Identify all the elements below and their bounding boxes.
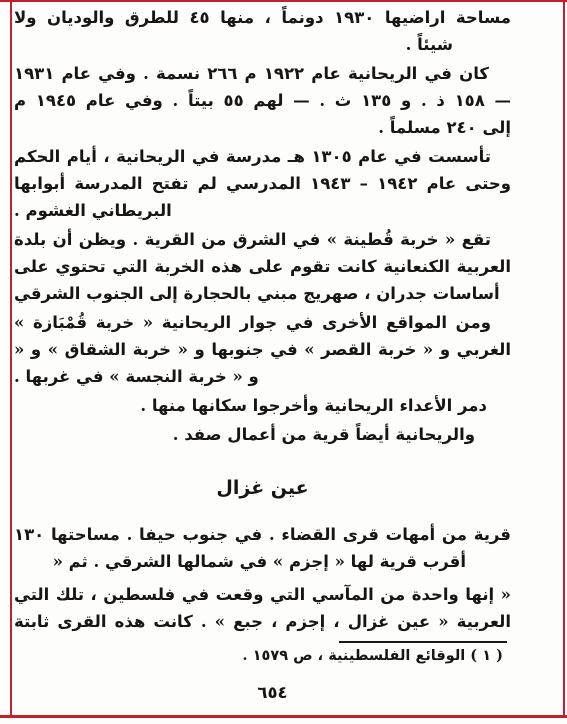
paragraph: والريحانية أيضاً قرية من أعمال صفد .: [14, 421, 511, 448]
text-line: أقرب قرية لها « إجزم » في شمالها الشرقي …: [14, 548, 511, 575]
text-line: تأسست في عام ١٣٠٥ هـ مدرسة في الريحانية …: [14, 143, 511, 170]
text-line: دمر الأعداء الريحانية وأخرجوا سكانها منه…: [14, 392, 511, 419]
text-line: العربية « عين غزال ، إجزم ، جبع » . كانت…: [14, 608, 511, 635]
page-border-left: [10, 0, 12, 717]
text-line: وحتى عام ١٩٤٢ – ١٩٤٣ المدرسي لم تفتح الم…: [14, 170, 511, 197]
text-line: الغربي و « خربة القصر » في جنوبها و « خر…: [14, 336, 511, 363]
text-line: العربية الكنعانية كانت تقوم على هذه الخر…: [14, 253, 511, 280]
footnote-separator-rule: [339, 641, 507, 643]
text-line: تقع « خربة قُطينة » في الشرق من القرية .…: [14, 226, 511, 253]
page-border-bottom: [0, 715, 567, 718]
text-line: قرية من أمهات قرى القضاء . في جنوب حيفا …: [14, 521, 511, 548]
text-column: مساحة اراضيها ١٩٣٠ دونماً ، منها ٤٥ للطر…: [14, 4, 511, 637]
paragraph: مساحة اراضيها ١٩٣٠ دونماً ، منها ٤٥ للطر…: [14, 4, 511, 58]
page-number-value: ٦٥٤: [257, 683, 287, 702]
text-line: إلى ٢٤٠ مسلماً .: [14, 114, 511, 141]
footnote-block: ( ١ ) الوقائع الفلسطينية ، ص ١٥٧٩ .: [14, 641, 511, 666]
footnote-text: ( ١ ) الوقائع الفلسطينية ، ص ١٥٧٩ .: [14, 646, 511, 666]
paragraph: تقع « خربة قُطينة » في الشرق من القرية .…: [14, 226, 511, 307]
text-line: ومن المواقع الأخرى في جوار الريحانية « خ…: [14, 309, 511, 336]
text-line: أساسات جدران ، صهريج مبني بالحجارة إلى ا…: [14, 280, 511, 307]
text-line: شيئاً .: [14, 31, 511, 58]
paragraph: كان في الريحانية عام ١٩٢٢ م ٢٦٦ نسمة . و…: [14, 60, 511, 141]
paragraph: ومن المواقع الأخرى في جوار الريحانية « خ…: [14, 309, 511, 390]
scanned-book-page: مساحة اراضيها ١٩٣٠ دونماً ، منها ٤٥ للطر…: [0, 0, 567, 724]
text-line: « إنها واحدة من المآسي التي وقعت في فلسط…: [14, 581, 511, 608]
text-line: و « خربة النجسة » في غربها .: [14, 363, 511, 390]
text-line: مساحة اراضيها ١٩٣٠ دونماً ، منها ٤٥ للطر…: [14, 4, 511, 31]
text-line: والريحانية أيضاً قرية من أعمال صفد .: [14, 421, 511, 448]
section-heading: عين غزال: [14, 476, 511, 500]
page-number: ٦٥٤: [14, 683, 511, 702]
text-line: البريطاني الغشوم .: [14, 197, 511, 224]
text-line: — ١٥٨ ذ . و ١٣٥ ث . — لهم ٥٥ بيتاً . وفي…: [14, 87, 511, 114]
paragraph: قرية من أمهات قرى القضاء . في جنوب حيفا …: [14, 521, 511, 575]
page-border-right: [563, 0, 565, 717]
text-line: كان في الريحانية عام ١٩٢٢ م ٢٦٦ نسمة . و…: [14, 60, 511, 87]
page-border-top: [0, 0, 567, 2]
paragraph: دمر الأعداء الريحانية وأخرجوا سكانها منه…: [14, 392, 511, 419]
paragraph: تأسست في عام ١٣٠٥ هـ مدرسة في الريحانية …: [14, 143, 511, 224]
paragraph: « إنها واحدة من المآسي التي وقعت في فلسط…: [14, 581, 511, 635]
